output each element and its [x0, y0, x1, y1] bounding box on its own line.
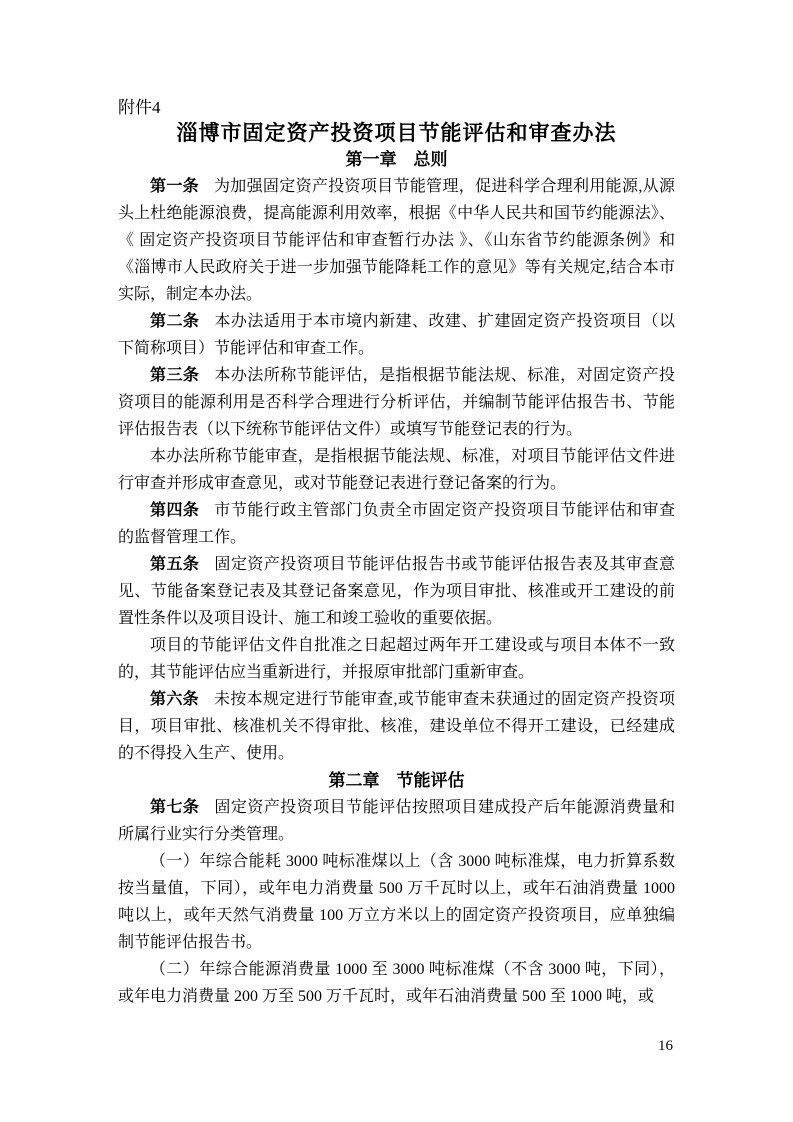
article-label: 第三条	[150, 367, 199, 384]
page-number: 16	[658, 1036, 673, 1056]
article-label: 第一条	[150, 178, 199, 195]
paragraph: 第七条固定资产投资项目节能评估按照项目建成投产后年能源消费量和所属行业实行分类管…	[118, 794, 675, 848]
paragraph: 第六条未按本规定进行节能审查,或节能审查未获通过的固定资产投资项目，项目审批、核…	[118, 686, 675, 767]
article-label: 第七条	[150, 799, 199, 816]
paragraph-text: 固定资产投资项目节能评估报告书或节能评估报告表及其审查意见、节能备案登记表及其登…	[118, 556, 675, 627]
paragraph: 第三条本办法所称节能评估，是指根据节能法规、标准，对固定资产投资项目的能源利用是…	[118, 362, 675, 443]
paragraph-text: （二）年综合能源消费量 1000 至 3000 吨标准煤（不含 3000 吨，下…	[118, 961, 675, 1005]
paragraph-text: 本办法所称节能审查，是指根据节能法规、标准，对项目节能评估文件进行审查并形成审查…	[118, 448, 675, 492]
paragraph: （一）年综合能耗 3000 吨标准煤以上（含 3000 吨标准煤，电力折算系数按…	[118, 848, 675, 956]
paragraph: 第四条市节能行政主管部门负责全市固定资产投资项目节能评估和审查的监督管理工作。	[118, 497, 675, 551]
document-page: 附件4 淄博市固定资产投资项目节能评估和审查办法 第一章 总则第一条为加强固定资…	[0, 0, 793, 1122]
paragraph-text: 固定资产投资项目节能评估按照项目建成投产后年能源消费量和所属行业实行分类管理。	[118, 799, 675, 843]
paragraph-text: 未按本规定进行节能审查,或节能审查未获通过的固定资产投资项目，项目审批、核准机关…	[118, 691, 675, 762]
attachment-label: 附件4	[118, 96, 675, 120]
paragraph: （二）年综合能源消费量 1000 至 3000 吨标准煤（不含 3000 吨，下…	[118, 956, 675, 1010]
article-label: 第六条	[150, 691, 199, 708]
paragraph-text: 为加强固定资产投资项目节能管理，促进科学合理利用能源,从源头上杜绝能源浪费，提高…	[118, 178, 675, 303]
article-label: 第二条	[150, 313, 199, 330]
paragraph: 第一条为加强固定资产投资项目节能管理，促进科学合理利用能源,从源头上杜绝能源浪费…	[118, 173, 675, 308]
paragraph-text: 市节能行政主管部门负责全市固定资产投资项目节能评估和审查的监督管理工作。	[118, 502, 675, 546]
paragraph-text: 本办法适用于本市境内新建、改建、扩建固定资产投资项目（以下简称项目）节能评估和审…	[118, 313, 675, 357]
paragraph-text: 项目的节能评估文件自批准之日起超过两年开工建设或与项目本体不一致的，其节能评估应…	[118, 637, 675, 681]
document-title: 淄博市固定资产投资项目节能评估和审查办法	[118, 120, 675, 146]
chapter-heading: 第一章 总则	[118, 146, 675, 173]
paragraph: 本办法所称节能审查，是指根据节能法规、标准，对项目节能评估文件进行审查并形成审查…	[118, 443, 675, 497]
paragraph-text: （一）年综合能耗 3000 吨标准煤以上（含 3000 吨标准煤，电力折算系数按…	[118, 853, 675, 951]
article-label: 第五条	[150, 556, 199, 573]
paragraph: 第二条本办法适用于本市境内新建、改建、扩建固定资产投资项目（以下简称项目）节能评…	[118, 308, 675, 362]
document-content: 附件4 淄博市固定资产投资项目节能评估和审查办法 第一章 总则第一条为加强固定资…	[118, 96, 675, 1010]
paragraph: 第五条固定资产投资项目节能评估报告书或节能评估报告表及其审查意见、节能备案登记表…	[118, 551, 675, 632]
paragraph-text: 本办法所称节能评估，是指根据节能法规、标准，对固定资产投资项目的能源利用是否科学…	[118, 367, 675, 438]
document-body: 第一章 总则第一条为加强固定资产投资项目节能管理，促进科学合理利用能源,从源头上…	[118, 146, 675, 1010]
chapter-heading: 第二章 节能评估	[118, 767, 675, 794]
paragraph: 项目的节能评估文件自批准之日起超过两年开工建设或与项目本体不一致的，其节能评估应…	[118, 632, 675, 686]
article-label: 第四条	[150, 502, 199, 519]
